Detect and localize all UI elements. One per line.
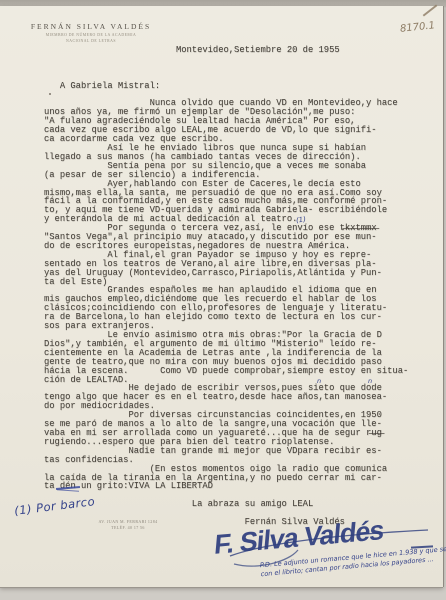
- letterhead-subtitle-2: NACIONAL DE LETRAS: [18, 39, 164, 43]
- letterhead: FERNÁN SILVA VALDÉS MIEMBRO DE NÚMERO DE…: [18, 22, 164, 43]
- handwritten-insert-n-sieto: n: [317, 377, 321, 385]
- letterhead-phone: TELÉF. 40 17 56: [92, 525, 164, 531]
- handwritten-footnote-mark: (1): [295, 215, 306, 224]
- corner-pen-mark: [423, 4, 438, 16]
- letterhead-name: FERNÁN SILVA VALDÉS: [18, 22, 164, 31]
- letter-body: Montevideo,Setiembre 20 de 1955 A Gabrie…: [44, 46, 408, 527]
- archive-number-annotation: 8170.1: [400, 20, 436, 35]
- letterhead-subtitle-1: MIEMBRO DE NÚMERO DE LA ACADEMIA: [18, 33, 164, 37]
- letter-page: FERNÁN SILVA VALDÉS MIEMBRO DE NÚMERO DE…: [0, 6, 443, 587]
- handwritten-insert-n-dode: n: [368, 377, 372, 385]
- letterhead-footer: AV. JUAN M. FERRARI 1284 TELÉF. 40 17 56: [92, 519, 164, 531]
